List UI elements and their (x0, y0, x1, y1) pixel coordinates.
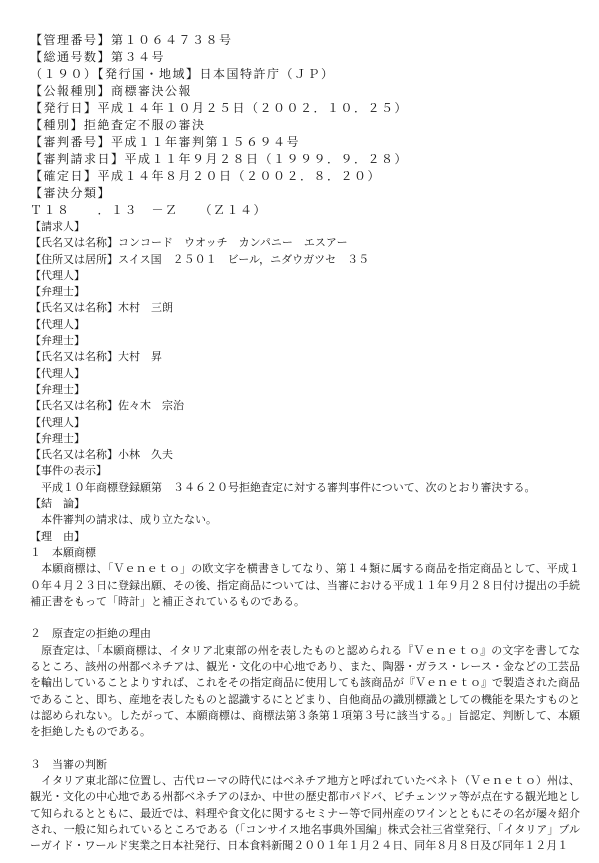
paragraph-spacer (30, 741, 580, 757)
agent-label-1: 【代理人】 (30, 268, 580, 284)
case-title-text: 平成１０年商標登録願第 ３４６２０号拒絶査定に対する審判事件について、次のとおり… (30, 480, 580, 496)
appellant-name-line: 【氏名又は名称】コンコード ウオッチ カンパニー エスアー (30, 235, 580, 251)
appeal-number-line: 【審判番号】平成１１年審判第１５６９４号 (30, 134, 580, 151)
appeal-request-date-line: 【審判請求日】平成１１年９月２８日（１９９９．９．２８） (30, 151, 580, 168)
conclusion-label: 【結 論】 (30, 496, 580, 512)
decision-classification-label: 【審決分類】 (30, 185, 580, 202)
attorney-label-2: 【弁理士】 (30, 333, 580, 349)
management-number-line: 【管理番号】第１０６４７３８号 (30, 32, 580, 49)
agent-label-3: 【代理人】 (30, 366, 580, 382)
issue-date-line: 【発行日】平成１４年１０月２５日（２００２．１０．２５） (30, 100, 580, 117)
gazette-type-line: 【公報種別】商標審決公報 (30, 83, 580, 100)
reason-section-heading-2: ２ 原査定の拒絶の理由 (30, 626, 580, 642)
reason-label: 【理 由】 (30, 529, 580, 545)
decision-classification-code: Ｔ１８ ．１３ －Ｚ （Ｚ１４） (30, 202, 580, 219)
reason-section-heading-3: ３ 当審の判断 (30, 757, 580, 773)
attorney-label-1: 【弁理士】 (30, 284, 580, 300)
attorney-name-line-3: 【氏名又は名称】佐々木 宗治 (30, 398, 580, 414)
paragraph-spacer (30, 610, 580, 626)
reason-section-body-3: イタリア東北部に位置し、古代ローマの時代にはベネチア地方と呼ばれていたベネト（Ｖ… (30, 773, 580, 854)
agent-label-2: 【代理人】 (30, 317, 580, 333)
reason-section-body-1: 本願商標は、「Ｖｅｎｅｔｏ」の欧文字を横書きしてなり、第１４類に属する商品を指定… (30, 561, 580, 610)
attorney-name-line-4: 【氏名又は名称】小林 久夫 (30, 447, 580, 463)
appellant-label: 【請求人】 (30, 219, 580, 235)
case-title-label: 【事件の表示】 (30, 463, 580, 479)
attorney-label-4: 【弁理士】 (30, 431, 580, 447)
issuing-country-line: （１９０）【発行国・地域】日本国特許庁（ＪＰ） (30, 66, 580, 83)
decision-kind-line: 【種別】拒絶査定不服の審決 (30, 117, 580, 134)
final-date-line: 【確定日】平成１４年８月２０日（２００２．８．２０） (30, 168, 580, 185)
reason-section-heading-1: １ 本願商標 (30, 545, 580, 561)
appellant-address-line: 【住所又は居所】スイス国 ２５０１ ビール，ニダウガツセ ３５ (30, 252, 580, 268)
conclusion-text: 本件審判の請求は、成り立たない。 (30, 512, 580, 528)
reason-section-body-2: 原査定は、「本願商標は、イタリア北東部の州を表したものと認められる『Ｖｅｎｅｔｏ… (30, 643, 580, 741)
agent-label-4: 【代理人】 (30, 415, 580, 431)
attorney-name-line-2: 【氏名又は名称】大村 昇 (30, 349, 580, 365)
attorney-label-3: 【弁理士】 (30, 382, 580, 398)
trademark-appeal-decision-document: 【管理番号】第１０６４７３８号 【総通号数】第３４号 （１９０）【発行国・地域】… (0, 0, 599, 863)
attorney-name-line-1: 【氏名又は名称】木村 三朗 (30, 300, 580, 316)
total-serial-number-line: 【総通号数】第３４号 (30, 49, 580, 66)
